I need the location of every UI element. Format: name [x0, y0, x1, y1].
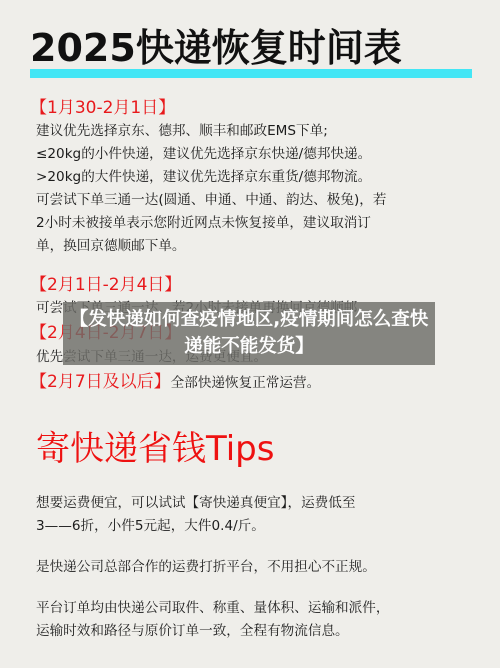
- section-1-line-1: 建议优先选择京东、德邦、顺丰和邮政EMS下单;: [36, 121, 328, 141]
- tips-para-1-line-2: 3——6折，小件5元起，大件0.4/斤。: [36, 516, 265, 536]
- caption-overlay-text: 【发快递如何查疫情地区,疫情期间怎么查快递能不能发货】: [63, 306, 435, 360]
- section-1-line-5: 2小时未被接单表示您附近网点未恢复接单，建议取消订: [36, 213, 371, 233]
- section-1-line-6: 单，换回京德顺邮下单。: [36, 236, 186, 256]
- page-title: 2025快递恢复时间表: [30, 22, 472, 74]
- tips-para-2-line-1: 是快递公司总部合作的运费打折平台，不用担心不正规。: [36, 557, 376, 577]
- section-4-inline-text: 全部快递恢复正常运营。: [171, 375, 321, 391]
- tips-title: 寄快递省钱Tips: [36, 427, 274, 471]
- section-4-heading-text: 【2月7日及以后】: [30, 372, 171, 392]
- section-heading-feb1-feb4: 【2月1日-2月4日】: [30, 274, 181, 296]
- section-1-line-4: 可尝试下单三通一达(圆通、申通、中通、韵达、极兔)，若: [36, 190, 386, 210]
- page-title-block: 2025快递恢复时间表: [30, 22, 472, 82]
- section-heading-feb7-onward: 【2月7日及以后】全部快递恢复正常运营。: [30, 371, 320, 394]
- tips-para-1-line-1: 想要运费便宜，可以试试【寄快递真便宜】，运费低至: [36, 493, 355, 513]
- caption-overlay-banner: 【发快递如何查疫情地区,疫情期间怎么查快递能不能发货】: [63, 302, 435, 365]
- section-1-line-3: >20kg的大件快递，建议优先选择京东重货/德邦物流。: [36, 167, 371, 187]
- tips-para-3-line-1: 平台订单均由快递公司取件、称重、量体积、运输和派件，: [36, 598, 389, 618]
- section-heading-jan30-feb1: 【1月30-2月1日】: [30, 97, 175, 119]
- infographic-page: 2025快递恢复时间表 【1月30-2月1日】 建议优先选择京东、德邦、顺丰和邮…: [0, 0, 500, 668]
- tips-para-3-line-2: 运输时效和路径与原价订单一致，全程有物流信息。: [36, 621, 349, 641]
- section-1-line-2: ≤20kg的小件快递，建议优先选择京东快递/德邦快递。: [36, 144, 371, 164]
